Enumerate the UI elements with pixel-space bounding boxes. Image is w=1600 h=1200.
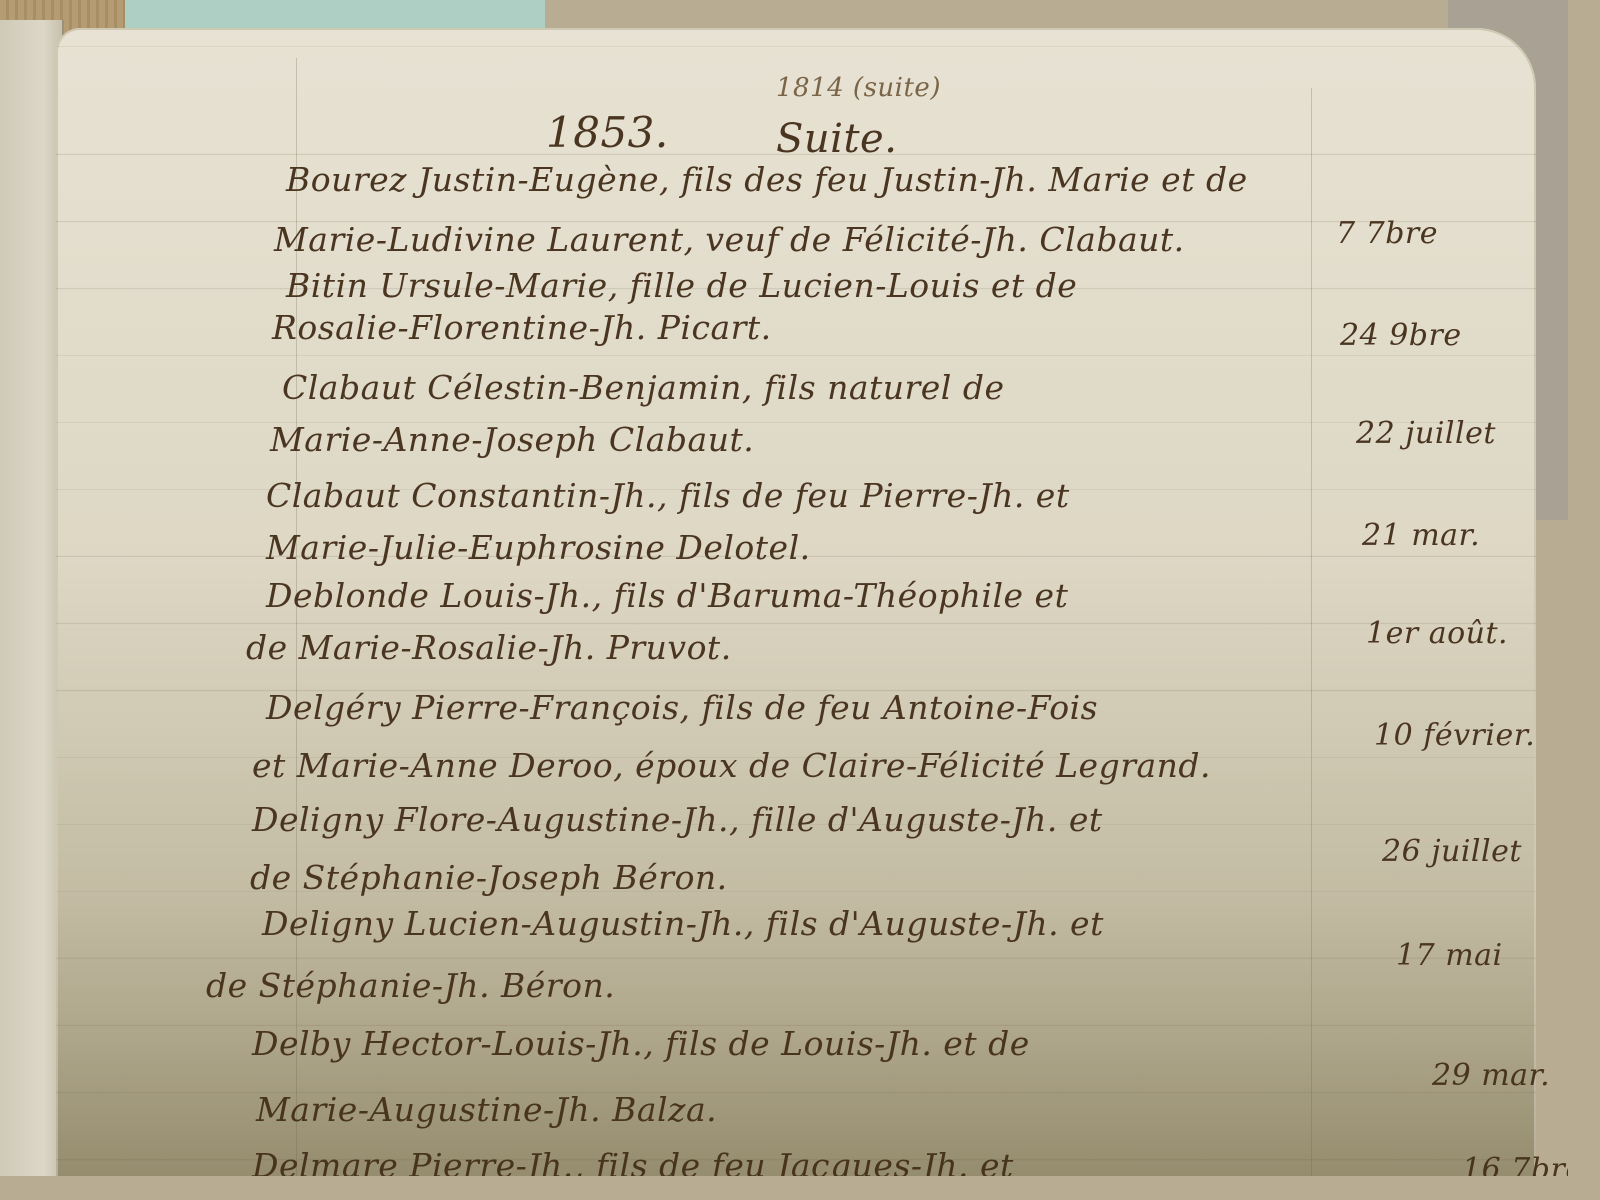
entry-date: 7 7bre xyxy=(1336,216,1438,251)
entry-line: Deligny Flore-Augustine-Jh., fille d'Aug… xyxy=(252,800,1103,839)
entry-date: 17 mai xyxy=(1396,938,1503,973)
margin-rule-right xyxy=(1311,88,1312,1176)
entry-date: 24 9bre xyxy=(1340,318,1462,353)
entry-line: Rosalie-Florentine-Jh. Picart. xyxy=(272,308,772,347)
entry-date: 10 février. xyxy=(1374,718,1535,753)
entry-date: 16 7bre xyxy=(1462,1152,1568,1176)
entry-date: 1er août. xyxy=(1366,616,1508,651)
entry-line: Delgéry Pierre-François, fils de feu Ant… xyxy=(266,688,1098,727)
previous-heading: 1814 (suite) xyxy=(776,73,941,103)
entry-date: 21 mar. xyxy=(1362,518,1480,553)
entry-line: de Marie-Rosalie-Jh. Pruvot. xyxy=(246,628,732,667)
page-suite-heading: Suite. xyxy=(776,116,897,162)
entry-line: Deblonde Louis-Jh., fils d'Baruma-Théoph… xyxy=(266,576,1068,615)
background-teal-surface xyxy=(125,0,545,30)
entry-line: Bitin Ursule-Marie, fille de Lucien-Loui… xyxy=(286,266,1077,305)
entry-line: Deligny Lucien-Augustin-Jh., fils d'Augu… xyxy=(262,904,1104,943)
register-page: 1814 (suite) 1853. Suite. Bourez Justin-… xyxy=(56,28,1536,1176)
entry-line: Clabaut Célestin-Benjamin, fils naturel … xyxy=(282,368,1005,407)
entry-line: Clabaut Constantin-Jh., fils de feu Pier… xyxy=(266,476,1070,515)
entry-line: Delmare Pierre-Jh., fils de feu Jacques-… xyxy=(252,1146,1014,1176)
entry-line: Marie-Anne-Joseph Clabaut. xyxy=(270,420,754,459)
entry-date: 26 juillet xyxy=(1382,834,1522,869)
entry-line: Marie-Ludivine Laurent, veuf de Félicité… xyxy=(274,220,1185,259)
entry-line: Marie-Augustine-Jh. Balza. xyxy=(256,1090,717,1129)
entry-line: de Stéphanie-Joseph Béron. xyxy=(250,858,728,897)
entry-date: 29 mar. xyxy=(1432,1058,1550,1093)
entry-line: Delby Hector-Louis-Jh., fils de Louis-Jh… xyxy=(252,1024,1030,1063)
entry-line: Bourez Justin-Eugène, fils des feu Justi… xyxy=(286,160,1248,199)
page-year: 1853. xyxy=(546,108,669,157)
entry-line: de Stéphanie-Jh. Béron. xyxy=(206,966,615,1005)
entry-date: 22 juillet xyxy=(1356,416,1496,451)
entry-line: Marie-Julie-Euphrosine Delotel. xyxy=(266,528,811,567)
entry-line: et Marie-Anne Deroo, époux de Claire-Fél… xyxy=(252,746,1211,785)
left-page-edge xyxy=(0,20,64,1176)
